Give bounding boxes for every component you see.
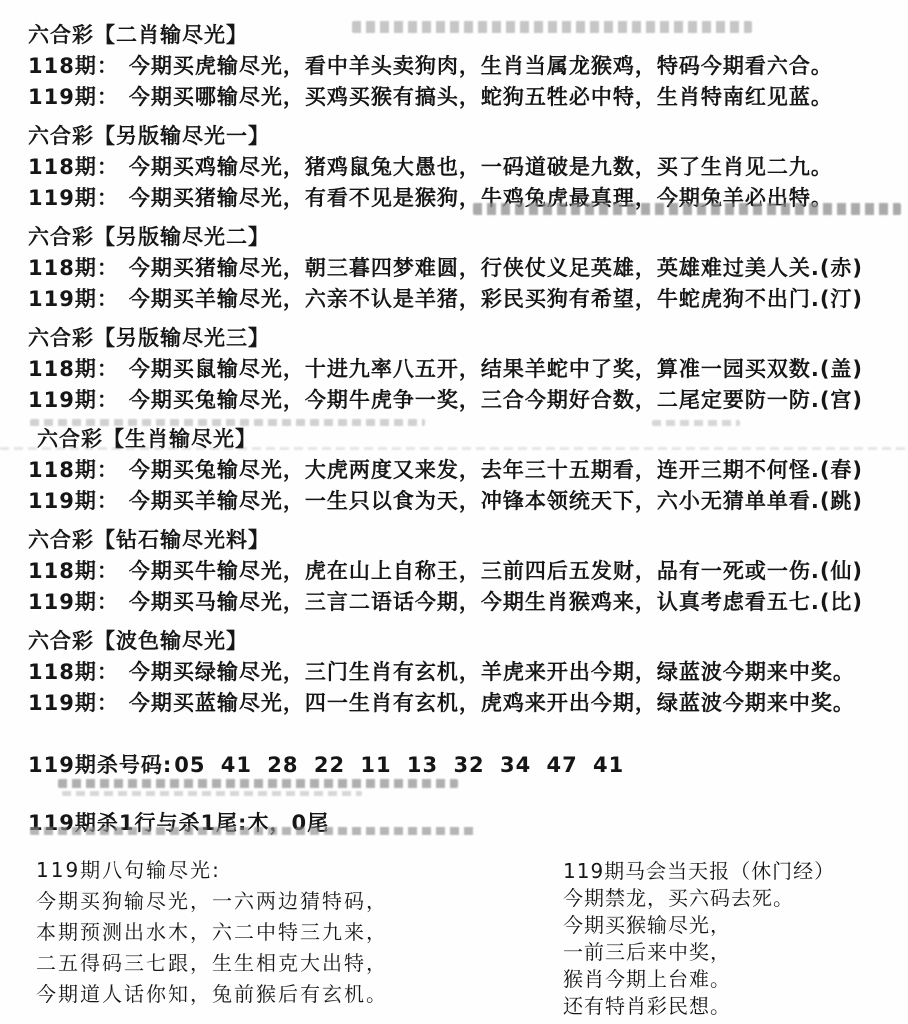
daily-report-column: 119期马会当天报（休门经） 今期禁龙，买六码去死。 今期买猴输尽光， 一前三后… bbox=[563, 855, 835, 1020]
blurred-watermark bbox=[62, 791, 362, 796]
prediction-section: 六合彩【钻石输尽光料】 118期：今期买牛输尽光，虎在山上自称王，三前四后五发财… bbox=[28, 525, 863, 618]
sections: 六合彩【二肖输尽光】 118期：今期买虎输尽光，看中羊头卖狗肉，生肖当属龙猴鸡，… bbox=[28, 20, 863, 719]
period-118-line: 118期：今期买牛输尽光，虎在山上自称王，三前四后五发财，品有一死或一伤.(仙) bbox=[28, 556, 863, 587]
blurred-watermark bbox=[652, 420, 740, 426]
verse-line: 本期预测出水木，六二中特三九来， bbox=[36, 917, 563, 948]
period-label: 118期： bbox=[28, 458, 119, 482]
period-verse: 今期买蓝输尽光，四一生肖有玄机，虎鸡来开出今期，绿蓝波今期来中奖。 bbox=[129, 691, 855, 715]
period-verse: 今期买鸡输尽光，猪鸡鼠兔大愚也，一码道破是九数，买了生肖见二九。 bbox=[129, 155, 833, 179]
period-119-line: 119期：今期买马输尽光，三言二语话今期，今期生肖猴鸡来，认真考虑看五七.(比) bbox=[28, 587, 863, 618]
document-page: 六合彩【二肖输尽光】 118期：今期买虎输尽光，看中羊头卖狗肉，生肖当属龙猴鸡，… bbox=[0, 0, 908, 1024]
kill-numbers-label: 119期杀号码: bbox=[28, 753, 172, 777]
period-118-line: 118期：今期买绿输尽光，三门生肖有玄机，羊虎来开出今期，绿蓝波今期来中奖。 bbox=[28, 657, 863, 688]
period-verse: 今期买羊输尽光，一生只以食为天，冲锋本领统天下，六小无猜单单看.(跳) bbox=[129, 489, 863, 513]
verse-line: 猴肖今期上台难。 bbox=[563, 966, 835, 993]
daily-report-title: 119期马会当天报（休门经） bbox=[563, 858, 835, 885]
prediction-section: 六合彩【另版输尽光二】 118期：今期买猪输尽光，朝三暮四梦难圆，行侠仗义足英雄… bbox=[28, 222, 863, 315]
period-label: 118期： bbox=[28, 256, 119, 280]
period-label: 118期： bbox=[28, 357, 119, 381]
verse-line: 还有特肖彩民想。 bbox=[563, 993, 835, 1020]
eight-lines-list: 今期买狗输尽光，一六两边猜特码， 本期预测出水木，六二中特三九来， 二五得码三七… bbox=[36, 886, 563, 1010]
period-label: 118期： bbox=[28, 54, 119, 78]
kill-numbers-values: 05 41 28 22 11 13 32 34 47 41 bbox=[174, 753, 624, 777]
document-content: 六合彩【二肖输尽光】 118期：今期买虎输尽光，看中羊头卖狗肉，生肖当属龙猴鸡，… bbox=[28, 20, 863, 1020]
period-118-line: 118期：今期买猪输尽光，朝三暮四梦难圆，行侠仗义足英雄，英雄难过美人关.(赤) bbox=[28, 253, 863, 284]
blurred-watermark bbox=[30, 827, 475, 835]
period-118-line: 118期：今期买兔输尽光，大虎两度又来发，去年三十五期看，连开三期不何怪.(春) bbox=[28, 455, 863, 486]
verse-line: 今期禁龙，买六码去死。 bbox=[563, 885, 835, 912]
period-119-line: 119期：今期买蓝输尽光，四一生肖有玄机，虎鸡来开出今期，绿蓝波今期来中奖。 bbox=[28, 688, 863, 719]
period-label: 119期： bbox=[28, 186, 119, 210]
period-verse: 今期买哪输尽光，买鸡买猴有搞头，蛇狗五牲必中特，生肖特南红见蓝。 bbox=[129, 85, 833, 109]
section-title: 六合彩【波色输尽光】 bbox=[28, 626, 863, 657]
blurred-watermark bbox=[30, 419, 425, 426]
period-label: 118期： bbox=[28, 660, 119, 684]
period-label: 119期： bbox=[28, 489, 119, 513]
period-label: 118期： bbox=[28, 559, 119, 583]
section-title: 六合彩【另版输尽光二】 bbox=[28, 222, 863, 253]
period-label: 119期： bbox=[28, 85, 119, 109]
verse-line: 二五得码三七跟，生生相克大出特， bbox=[36, 948, 563, 979]
eight-verses-title: 119期八句输尽光: bbox=[36, 855, 563, 886]
period-118-line: 118期：今期买鸡输尽光，猪鸡鼠兔大愚也，一码道破是九数，买了生肖见二九。 bbox=[28, 152, 863, 183]
prediction-section: 六合彩【波色输尽光】 118期：今期买绿输尽光，三门生肖有玄机，羊虎来开出今期，… bbox=[28, 626, 863, 719]
period-label: 119期： bbox=[28, 590, 119, 614]
period-verse: 今期买牛输尽光，虎在山上自称王，三前四后五发财，品有一死或一伤.(仙) bbox=[129, 559, 863, 583]
period-118-line: 118期：今期买鼠输尽光，十进九率八五开，结果羊蛇中了奖，算准一园买双数.(盖) bbox=[28, 354, 863, 385]
prediction-section: 六合彩【生肖输尽光】 118期：今期买兔输尽光，大虎两度又来发，去年三十五期看，… bbox=[28, 424, 863, 517]
bottom-columns: 119期八句输尽光: 今期买狗输尽光，一六两边猜特码， 本期预测出水木，六二中特… bbox=[28, 855, 863, 1020]
blurred-watermark bbox=[58, 779, 458, 788]
prediction-section: 六合彩【另版输尽光三】 118期：今期买鼠输尽光，十进九率八五开，结果羊蛇中了奖… bbox=[28, 323, 863, 416]
period-118-line: 118期：今期买虎输尽光，看中羊头卖狗肉，生肖当属龙猴鸡，特码今期看六合。 bbox=[28, 51, 863, 82]
verse-line: 今期买狗输尽光，一六两边猜特码， bbox=[36, 886, 563, 917]
period-verse: 今期买羊输尽光，六亲不认是羊猪，彩民买狗有希望，牛蛇虎狗不出门.(汀) bbox=[129, 287, 863, 311]
prediction-section: 六合彩【另版输尽光一】 118期：今期买鸡输尽光，猪鸡鼠兔大愚也，一码道破是九数… bbox=[28, 121, 863, 214]
period-verse: 今期买虎输尽光，看中羊头卖狗肉，生肖当属龙猴鸡，特码今期看六合。 bbox=[129, 54, 833, 78]
section-title: 六合彩【另版输尽光三】 bbox=[28, 323, 863, 354]
period-119-line: 119期：今期买羊输尽光，六亲不认是羊猪，彩民买狗有希望，牛蛇虎狗不出门.(汀) bbox=[28, 284, 863, 315]
verse-line: 今期买猴输尽光， bbox=[563, 912, 835, 939]
period-verse: 今期买鼠输尽光，十进九率八五开，结果羊蛇中了奖，算准一园买双数.(盖) bbox=[129, 357, 863, 381]
period-label: 119期： bbox=[28, 287, 119, 311]
period-verse: 今期买兔输尽光，大虎两度又来发，去年三十五期看，连开三期不何怪.(春) bbox=[129, 458, 863, 482]
period-119-line: 119期：今期买羊输尽光，一生只以食为天，冲锋本领统天下，六小无猜单单看.(跳) bbox=[28, 486, 863, 517]
scan-artifact-line bbox=[0, 447, 908, 450]
period-119-line: 119期：今期买哪输尽光，买鸡买猴有搞头，蛇狗五牲必中特，生肖特南红见蓝。 bbox=[28, 82, 863, 113]
period-119-line: 119期：今期买兔输尽光，今期牛虎争一奖，三合今期好合数，二尾定要防一防.(宫) bbox=[28, 385, 863, 416]
period-label: 118期： bbox=[28, 155, 119, 179]
period-label: 119期： bbox=[28, 691, 119, 715]
period-verse: 今期买兔输尽光，今期牛虎争一奖，三合今期好合数，二尾定要防一防.(宫) bbox=[129, 388, 863, 412]
verse-line: 一前三后来中奖， bbox=[563, 939, 835, 966]
section-title: 六合彩【另版输尽光一】 bbox=[28, 121, 863, 152]
blurred-watermark bbox=[352, 21, 752, 33]
period-label: 119期： bbox=[28, 388, 119, 412]
section-title: 六合彩【钻石输尽光料】 bbox=[28, 525, 863, 556]
report-lines-list: 今期禁龙，买六码去死。 今期买猴输尽光， 一前三后来中奖， 猴肖今期上台难。 还… bbox=[563, 885, 835, 1020]
blurred-watermark bbox=[473, 203, 901, 215]
period-verse: 今期买绿输尽光，三门生肖有玄机，羊虎来开出今期，绿蓝波今期来中奖。 bbox=[129, 660, 855, 684]
eight-verses-column: 119期八句输尽光: 今期买狗输尽光，一六两边猜特码， 本期预测出水木，六二中特… bbox=[28, 855, 563, 1020]
section-title: 六合彩【生肖输尽光】 bbox=[28, 424, 863, 455]
prediction-section: 六合彩【二肖输尽光】 118期：今期买虎输尽光，看中羊头卖狗肉，生肖当属龙猴鸡，… bbox=[28, 20, 863, 113]
kill-numbers-line: 119期杀号码:05 41 28 22 11 13 32 34 47 41 bbox=[28, 749, 863, 779]
period-verse: 今期买猪输尽光，朝三暮四梦难圆，行侠仗义足英雄，英雄难过美人关.(赤) bbox=[129, 256, 863, 280]
period-verse: 今期买马输尽光，三言二语话今期，今期生肖猴鸡来，认真考虑看五七.(比) bbox=[129, 590, 863, 614]
verse-line: 今期道人话你知，兔前猴后有玄机。 bbox=[36, 979, 563, 1010]
